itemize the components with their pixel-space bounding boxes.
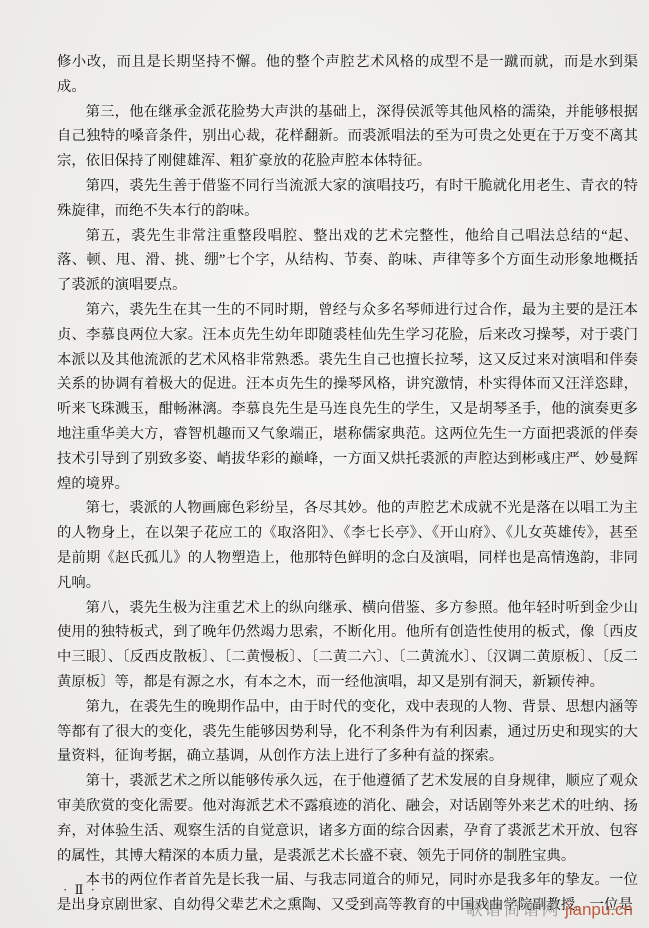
paragraph-sixth: 第六，裘先生在其一生的不同时期，曾经与众多名琴师进行过合作，最为主要的是汪本贞、… — [57, 298, 638, 496]
paragraph-third: 第三，他在继承金派花脸势大声洪的基础上，深得侯派等其他风格的濡染，并能够根据自己… — [57, 100, 638, 174]
paragraph-fourth: 第四，裘先生善于借鉴不同行当流派大家的演唱技巧，有时干脆就化用老生、青衣的特殊旋… — [57, 174, 638, 224]
paragraph-seventh: 第七，裘派的人物画廊色彩纷呈，各尽其妙。他的声腔艺术成就不光是落在以唱工为主的人… — [57, 496, 638, 595]
watermark: 歌谱简谱网 jianpu.cn — [466, 895, 633, 920]
text-block: 修小改，而且是长期坚持不懈。他的整个声腔艺术风格的成型不是一蹴而就，而是水到渠成… — [57, 50, 638, 918]
scanned-book-page: 修小改，而且是长期坚持不懈。他的整个声腔艺术风格的成型不是一蹴而就，而是水到渠成… — [0, 0, 649, 928]
page-number: · Ⅱ · — [63, 882, 97, 898]
paragraph-fifth: 第五，裘先生非常注重整段唱腔、整出戏的艺术完整性，他给自己唱法总结的“起、落、顿… — [57, 224, 638, 298]
paragraph-tenth: 第十，裘派艺术之所以能够传承久远，在于他遵循了艺术发展的自身规律，顺应了观众审美… — [57, 769, 638, 868]
watermark-site-name: 歌谱简谱网 — [466, 900, 561, 919]
paragraph-continuation: 修小改，而且是长期坚持不懈。他的整个声腔艺术风格的成型不是一蹴而就，而是水到渠成… — [57, 50, 638, 100]
paragraph-eighth: 第八，裘先生极为注重艺术上的纵向继承、横向借鉴、多方参照。他年轻时听到金少山使用… — [57, 596, 638, 695]
watermark-site-url: jianpu.cn — [565, 900, 633, 919]
paragraph-ninth: 第九，在裘先生的晚期作品中，由于时代的变化，戏中表现的人物、背景、思想内涵等等都… — [57, 695, 638, 769]
